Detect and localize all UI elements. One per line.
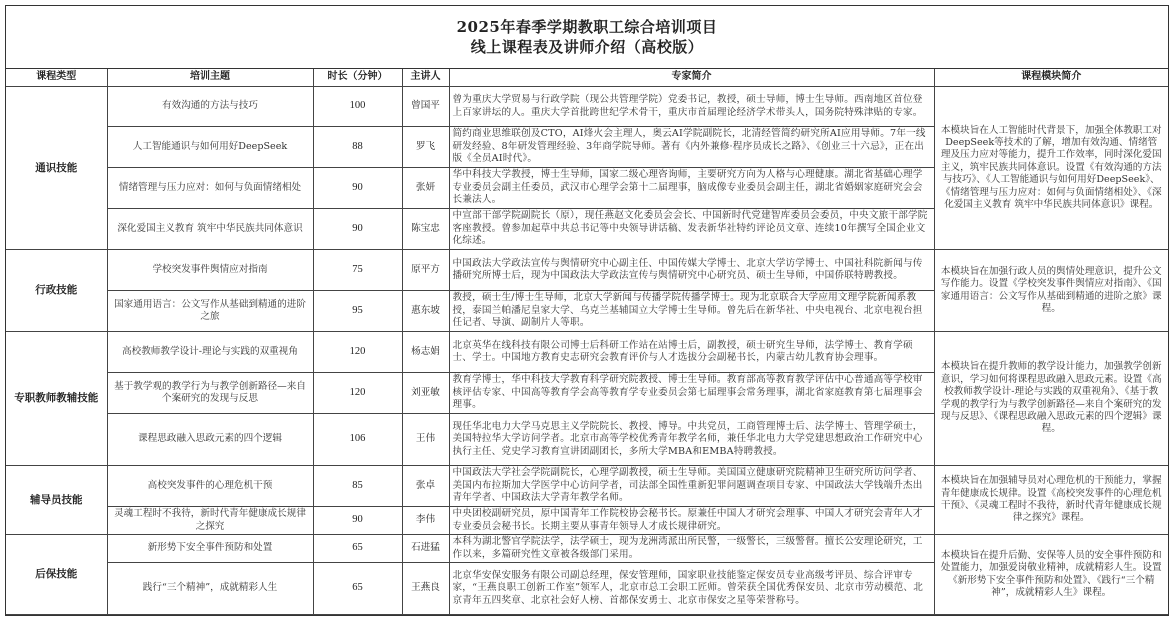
table-row: 专职教师教辅技能 高校教师教学设计-理论与实践的双重视角 120 杨志娟 北京英… bbox=[6, 332, 1168, 373]
module-cell: 本模块旨在加强行政人员的舆情处理意识，提升公文写作能力。设置《学校突发事件舆情应… bbox=[934, 250, 1168, 332]
category-cell: 行政技能 bbox=[6, 250, 107, 332]
lecturer-cell: 刘亚敏 bbox=[402, 373, 449, 414]
bio-cell: 中央团校副研究员，原中国青年工作院校协会秘书长。原兼任中国人才研究会理事、中国人… bbox=[449, 507, 934, 535]
category-cell: 辅导员技能 bbox=[6, 466, 107, 535]
title-line-2: 线上课程表及讲师介绍（高校版） bbox=[471, 37, 704, 57]
course-schedule-sheet: 2025年春季学期教职工综合培训项目 线上课程表及讲师介绍（高校版） 课程类型 … bbox=[5, 5, 1169, 616]
bio-cell: 曾为重庆大学贸易与行政学院（现公共管理学院）党委书记，教授，硕士导师，博士生导师… bbox=[449, 87, 934, 127]
bio-cell: 教育学博士，华中科技大学教育科学研究院教授、博士生导师。教育部高等教育教学评估中… bbox=[449, 373, 934, 414]
lecturer-cell: 罗飞 bbox=[402, 127, 449, 168]
lecturer-cell: 曾国平 bbox=[402, 87, 449, 127]
topic-cell: 有效沟通的方法与技巧 bbox=[107, 87, 313, 127]
module-cell: 本模块旨在提升教师的教学设计能力，加强教学创新意识，学习如何将课程思政融入思政元… bbox=[934, 332, 1168, 466]
lecturer-cell: 李伟 bbox=[402, 507, 449, 535]
bio-cell: 现任华北电力大学马克思主义学院院长、教授、博导。中共党员，工商管理博士后、法学博… bbox=[449, 414, 934, 466]
duration-cell: 75 bbox=[313, 250, 402, 291]
header-module: 课程模块简介 bbox=[934, 69, 1168, 87]
bio-cell: 教授，硕士生/博士生导师，北京大学新闻与传播学院传播学博士。现为北京联合大学应用… bbox=[449, 291, 934, 332]
topic-cell: 新形势下安全事件预防和处置 bbox=[107, 535, 313, 563]
topic-cell: 高校突发事件的心理危机干预 bbox=[107, 466, 313, 507]
bio-cell: 本科为湖北警官学院法学，法学硕士，现为龙洲湾派出所民警，一级警长，三级警督。擅长… bbox=[449, 535, 934, 563]
bio-cell: 北京英华在线科技有限公司博士后科研工作站在站博士后，副教授，硕士研究生导师，法学… bbox=[449, 332, 934, 373]
header-topic: 培训主题 bbox=[107, 69, 313, 87]
topic-cell: 国家通用语言：公文写作从基础到精通的进阶之旅 bbox=[107, 291, 313, 332]
table-row: 通识技能 有效沟通的方法与技巧 100 曾国平 曾为重庆大学贸易与行政学院（现公… bbox=[6, 87, 1168, 127]
table-row: 行政技能 学校突发事件舆情应对指南 75 原平方 中国政法大学政法宣传与舆情研究… bbox=[6, 250, 1168, 291]
bio-cell: 简约商业思维联创及CTO，AI烽火会主理人，奥云AI学院副院长，北清经管简约研究… bbox=[449, 127, 934, 168]
category-cell: 后保技能 bbox=[6, 535, 107, 615]
lecturer-cell: 王伟 bbox=[402, 414, 449, 466]
module-cell: 本模块旨在人工智能时代背景下，加强全体教职工对DeepSeek等技术的了解，增加… bbox=[934, 87, 1168, 250]
title-block: 2025年春季学期教职工综合培训项目 线上课程表及讲师介绍（高校版） bbox=[6, 6, 1168, 69]
lecturer-cell: 王燕良 bbox=[402, 563, 449, 615]
duration-cell: 65 bbox=[313, 563, 402, 615]
duration-cell: 120 bbox=[313, 332, 402, 373]
bio-cell: 中国政法大学政法宣传与舆情研究中心副主任、中国传媒大学博士、北京大学访学博士、中… bbox=[449, 250, 934, 291]
header-duration: 时长（分钟） bbox=[313, 69, 402, 87]
table-row: 辅导员技能 高校突发事件的心理危机干预 85 张卓 中国政法大学社会学院副院长，… bbox=[6, 466, 1168, 507]
topic-cell: 基于教学观的教学行为与教学创新路径—来自个案研究的发现与反思 bbox=[107, 373, 313, 414]
topic-cell: 人工智能通识与如何用好DeepSeek bbox=[107, 127, 313, 168]
title-line-1: 2025年春季学期教职工综合培训项目 bbox=[457, 17, 718, 37]
table-row: 后保技能 新形势下安全事件预防和处置 65 石进猛 本科为湖北警官学院法学，法学… bbox=[6, 535, 1168, 563]
duration-cell: 100 bbox=[313, 87, 402, 127]
topic-cell: 学校突发事件舆情应对指南 bbox=[107, 250, 313, 291]
duration-cell: 90 bbox=[313, 209, 402, 250]
duration-cell: 120 bbox=[313, 373, 402, 414]
module-cell: 本模块旨在提升后勤、安保等人员的安全事件预防和处置能力，加强爱岗敬业精神，成就精… bbox=[934, 535, 1168, 615]
duration-cell: 90 bbox=[313, 507, 402, 535]
lecturer-cell: 石进猛 bbox=[402, 535, 449, 563]
topic-cell: 深化爱国主义教育 筑牢中华民族共同体意识 bbox=[107, 209, 313, 250]
module-cell: 本模块旨在加强辅导员对心理危机的干预能力，掌握青年健康成长规律。设置《高校突发事… bbox=[934, 466, 1168, 535]
duration-cell: 88 bbox=[313, 127, 402, 168]
duration-cell: 65 bbox=[313, 535, 402, 563]
category-cell: 通识技能 bbox=[6, 87, 107, 250]
bio-cell: 中国政法大学社会学院副院长，心理学副教授，硕士生导师。美国国立健康研究院精神卫生… bbox=[449, 466, 934, 507]
lecturer-cell: 张卓 bbox=[402, 466, 449, 507]
lecturer-cell: 张妍 bbox=[402, 168, 449, 209]
topic-cell: 课程思政融入思政元素的四个逻辑 bbox=[107, 414, 313, 466]
topic-cell: 高校教师教学设计-理论与实践的双重视角 bbox=[107, 332, 313, 373]
lecturer-cell: 原平方 bbox=[402, 250, 449, 291]
lecturer-cell: 陈宝忠 bbox=[402, 209, 449, 250]
duration-cell: 85 bbox=[313, 466, 402, 507]
topic-cell: 践行“三个精神”，成就精彩人生 bbox=[107, 563, 313, 615]
table-header-row: 课程类型 培训主题 时长（分钟） 主讲人 专家简介 课程模块简介 bbox=[6, 69, 1168, 87]
lecturer-cell: 惠东坡 bbox=[402, 291, 449, 332]
category-cell: 专职教师教辅技能 bbox=[6, 332, 107, 466]
header-category: 课程类型 bbox=[6, 69, 107, 87]
bio-cell: 中宣部干部学院副院长（原），现任燕赵文化委员会会长、中国新时代党建智库委员会委员… bbox=[449, 209, 934, 250]
topic-cell: 灵魂工程时不我待，新时代青年健康成长规律之探究 bbox=[107, 507, 313, 535]
duration-cell: 106 bbox=[313, 414, 402, 466]
topic-cell: 情绪管理与压力应对：如何与负面情绪相处 bbox=[107, 168, 313, 209]
bio-cell: 北京华安保安服务有限公司副总经理，保安管理师，国家职业技能鉴定保安员专业高级考评… bbox=[449, 563, 934, 615]
bio-cell: 华中科技大学教授，博士生导师，国家二级心理咨询师，主要研究方向为人格与心理健康。… bbox=[449, 168, 934, 209]
course-table: 课程类型 培训主题 时长（分钟） 主讲人 专家简介 课程模块简介 通识技能 有效… bbox=[6, 69, 1168, 615]
header-bio: 专家简介 bbox=[449, 69, 934, 87]
header-lecturer: 主讲人 bbox=[402, 69, 449, 87]
duration-cell: 95 bbox=[313, 291, 402, 332]
duration-cell: 90 bbox=[313, 168, 402, 209]
lecturer-cell: 杨志娟 bbox=[402, 332, 449, 373]
